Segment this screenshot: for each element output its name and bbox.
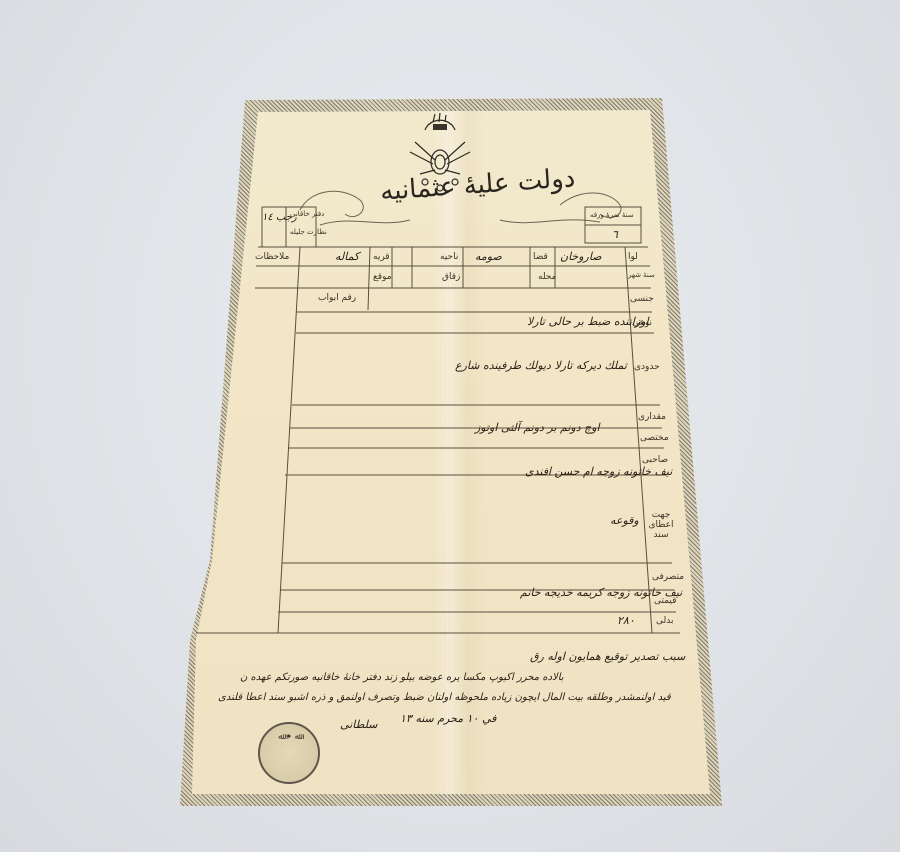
- label-mahalle: محله: [538, 272, 556, 282]
- row-value-mutasarrif: نيف خاتونه زوجه كريمه خديجه خانم: [520, 586, 682, 599]
- row-label-sahibi: صاحبی: [642, 455, 668, 465]
- value-sheet-number: ٦: [612, 228, 618, 241]
- row-label-sened: جهت اعطای سند: [646, 510, 676, 540]
- row-label-miktar: مقداری: [638, 412, 666, 422]
- label-remarks: ملاحظات: [255, 252, 289, 262]
- label-nahiye: ناحیه: [440, 252, 458, 262]
- row-label-hudud: حدودی: [634, 362, 660, 372]
- row-value-sened: وقوعه: [610, 514, 639, 527]
- label-rakam-abvab: رقم ابواب: [318, 293, 356, 303]
- label-liva: لوا: [628, 252, 638, 262]
- row-label-cinsi: جنسی: [630, 294, 654, 304]
- label-kaza: قضا: [533, 252, 548, 262]
- row-value-hudud: تملك ديركه تارلا ديولك طرفينده شارع: [455, 359, 627, 372]
- value-karye: كماله: [335, 250, 359, 263]
- row-label-muhtass: مختصی: [640, 433, 669, 443]
- label-mevki: موقع: [373, 272, 392, 282]
- footer-line-2: بالاده محرر اکیوپ مکسا یره عوضه بیلو زند…: [240, 672, 564, 683]
- official-seal-icon: ﷲ ✦ ﷲ: [258, 722, 320, 784]
- value-date-rajab: رجب ١٤: [262, 212, 297, 223]
- seal-inscription: ﷲ ✦ ﷲ: [268, 732, 310, 774]
- label-nezaret: نظارت جلیله: [290, 228, 327, 236]
- row-label-mutasarrif: متصرفی: [652, 572, 684, 582]
- label-karye: قریه: [373, 252, 390, 262]
- row-label-bedel: بدلی: [656, 616, 673, 626]
- value-liva: صاروخان: [560, 250, 602, 263]
- footer-line-1: سبب تصدیر توقیع همایون اوله رق: [530, 650, 685, 663]
- row-value-nevi: اوزاننده ضبط بر حالی تارلا: [527, 315, 649, 328]
- label-sene-numara: سنۀ نمرۀ ورقه: [590, 211, 634, 219]
- row-label-sene: سنۀ شهر: [628, 271, 655, 279]
- footer-date: في ١٠ محرم سنه ١٣: [400, 712, 496, 725]
- row-value-sahibi: نيف خاتونه زوجه ام حسن افندی: [525, 465, 672, 478]
- row-value-bedel: ٢٨٠: [617, 614, 635, 627]
- footer-signature: سلطانی: [340, 718, 377, 731]
- footer-line-3: قید اولنمشدر وطلقه بیت المال ایچون زیاده…: [218, 692, 671, 703]
- row-value-miktar: اوچ دونم بر دونم آلتی اوتوز: [475, 421, 600, 434]
- value-kaza: صومه: [475, 250, 502, 263]
- label-zukak: زقاق: [442, 272, 460, 282]
- photo-scene: دولت علیۀ عثمانیه دفتر خاقانی نظارت جلیل…: [0, 0, 900, 852]
